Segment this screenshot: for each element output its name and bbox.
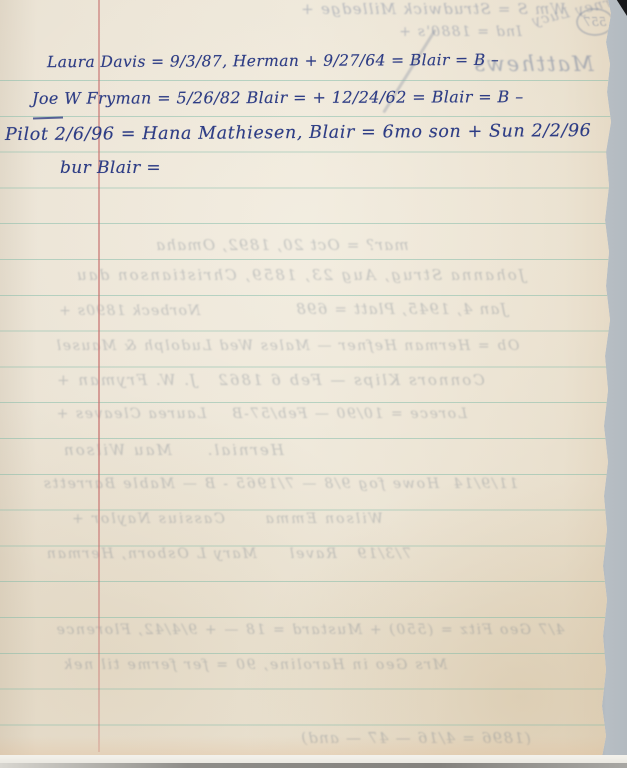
handwritten-line-1: Laura Davis = 9/3/87, Herman + 9/27/64 =… (47, 51, 499, 71)
bleedthrough-number: 557 (584, 15, 607, 29)
handwritten-line-2: Joe W Fryman = 5/26/82 Blair = + 12/24/6… (32, 87, 524, 108)
page-bottom-shading (0, 736, 612, 757)
bleedthrough-line: Ind = 1880's + (398, 24, 522, 40)
handwritten-line-4: bur Blair = (60, 158, 161, 178)
red-margin-line (98, 0, 100, 752)
scanned-notebook-page: Wm S = Strudwick Milledge + Ind = 1880's… (0, 0, 627, 768)
notebook-page: Wm S = Strudwick Milledge + Ind = 1880's… (0, 0, 612, 757)
scan-bottom-dark-strip (0, 763, 627, 768)
bleedthrough-line: Wm S = Strudwick Milledge + (300, 0, 566, 18)
handwritten-line-3: Pilot 2/6/96 = Hana Mathiesen, Blair = 6… (5, 121, 592, 145)
